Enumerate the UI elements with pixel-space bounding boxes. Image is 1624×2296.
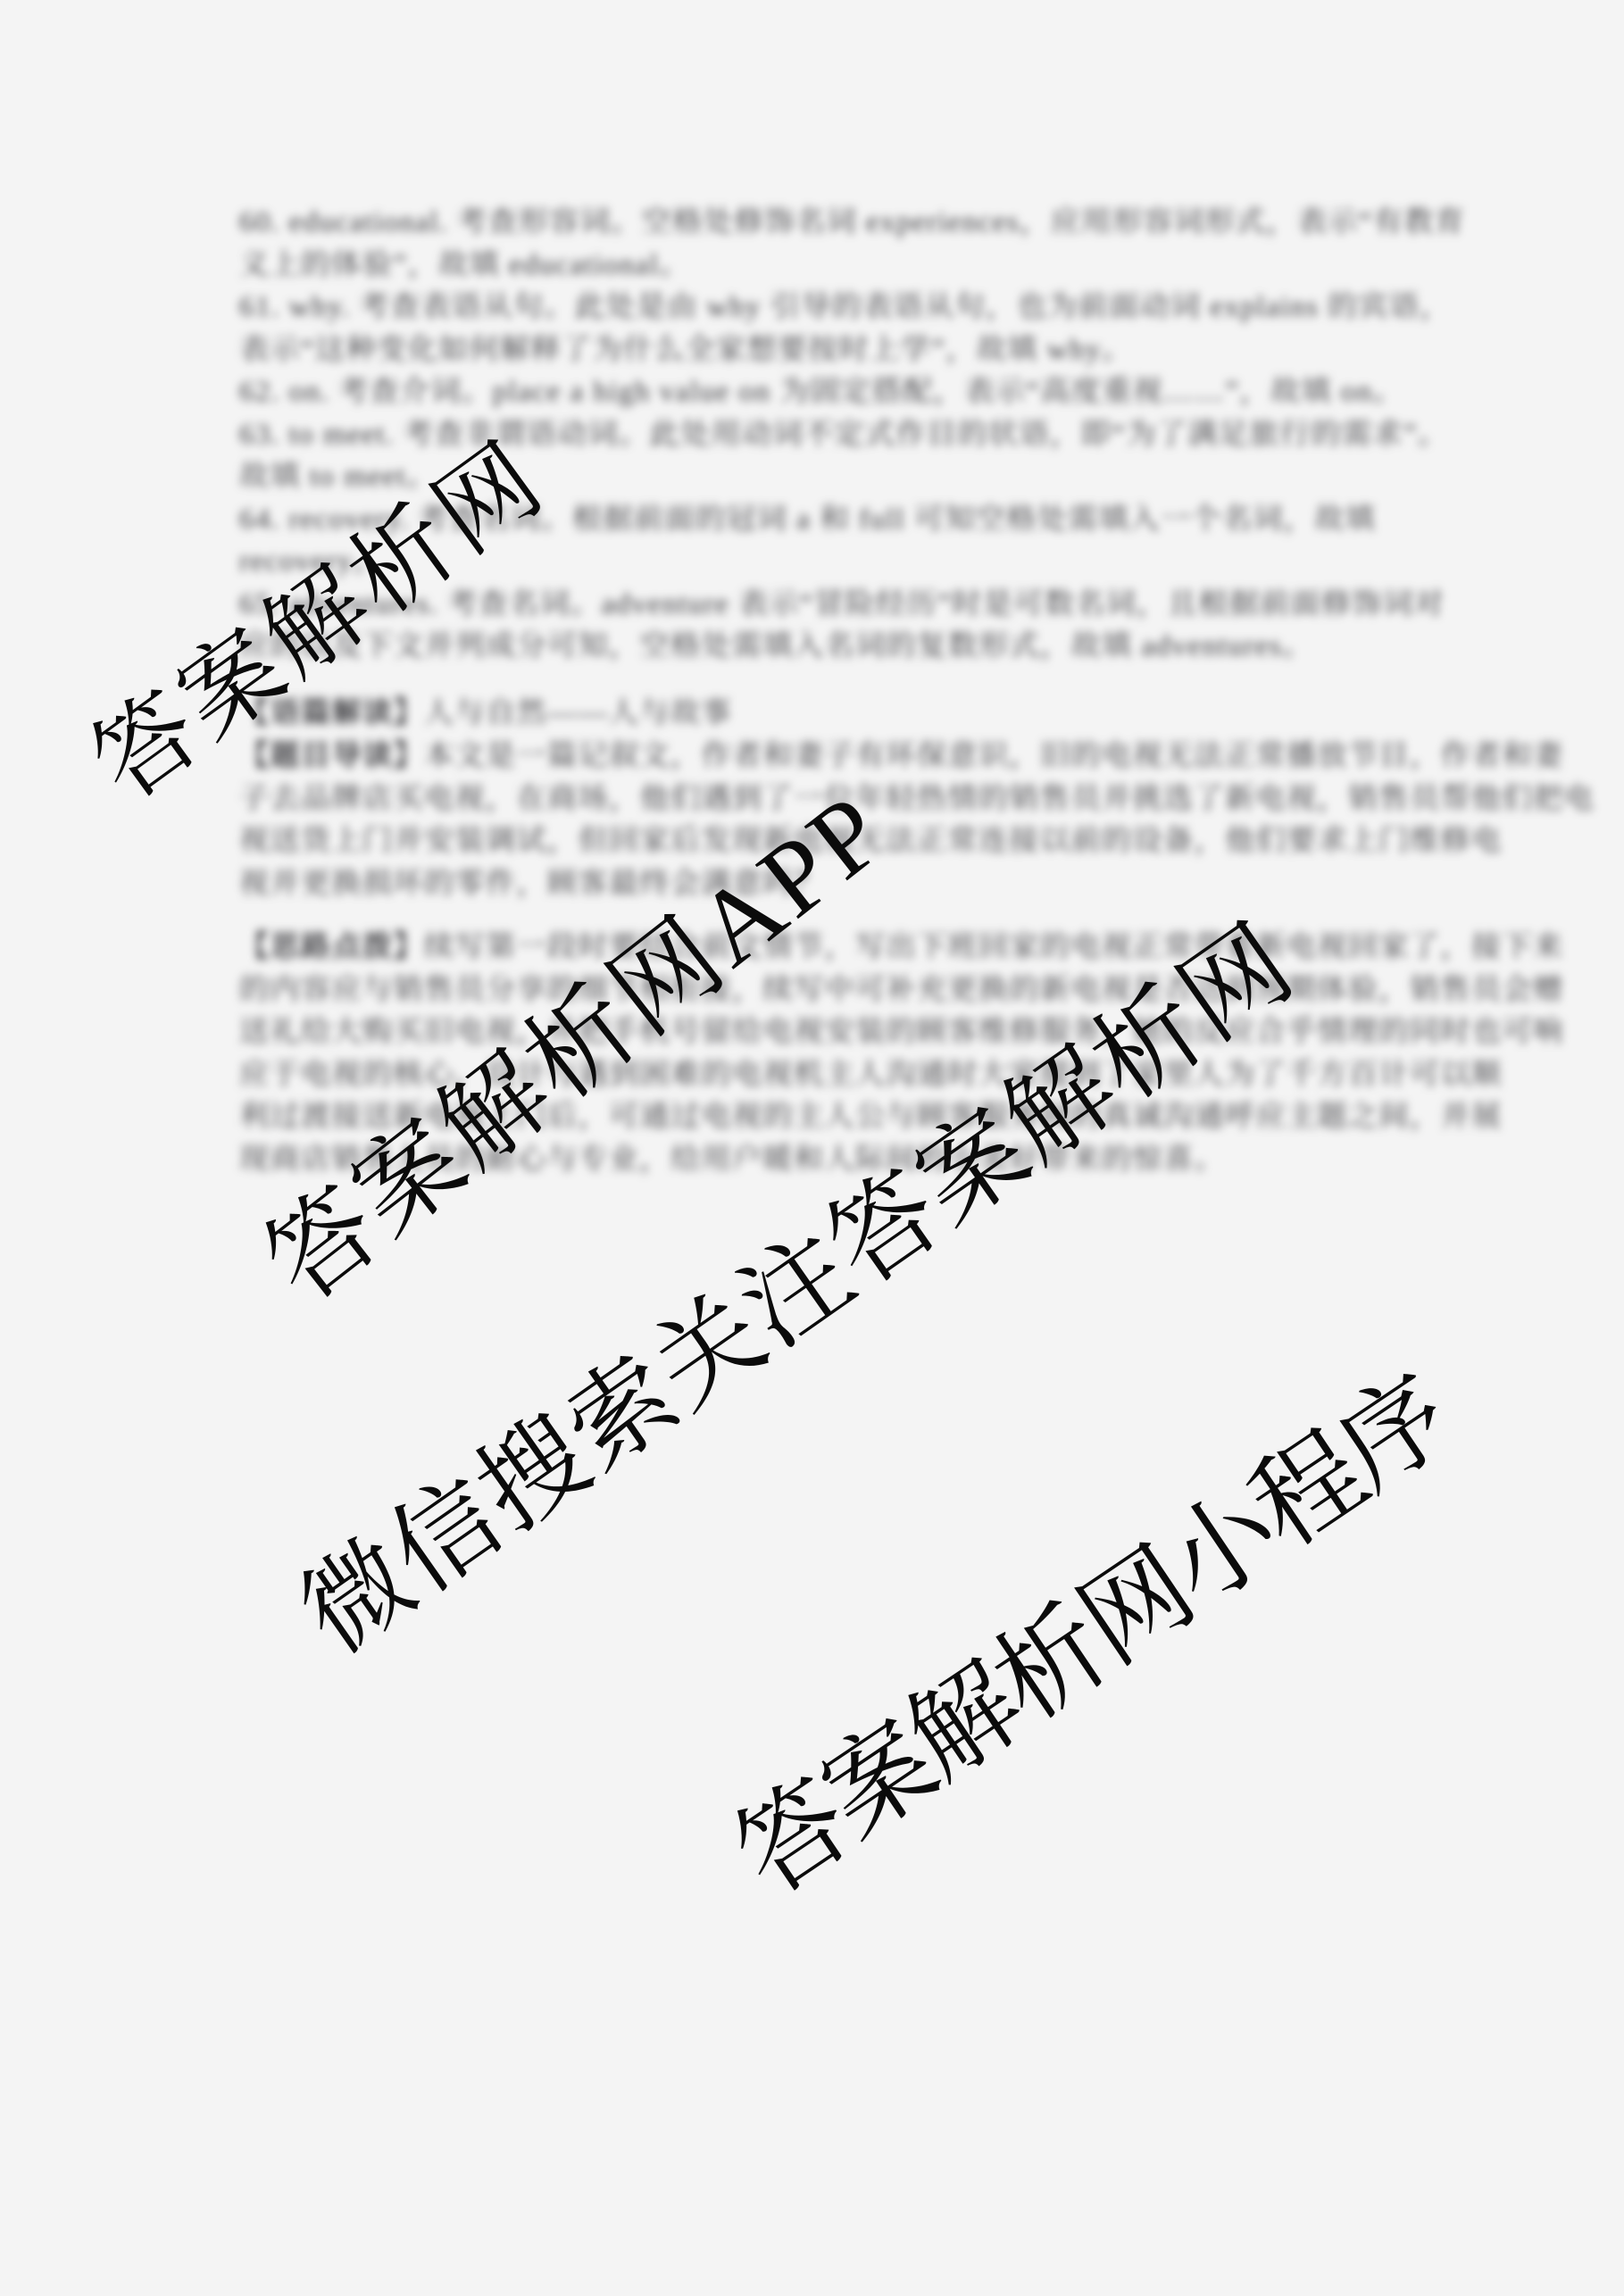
text-line: 视并更换损坏的零件，顾客最终会满意吗？ [239,863,1400,906]
text-line: 视送货上门并安装调试，但回家后发现新电视无法正常连接以前的设备，他们要求上门维修… [239,820,1400,863]
text-line: 60. educational. 考查形容词。空格处修饰名词 experienc… [239,202,1400,245]
text-line: 故填 to meet。 [239,456,1400,499]
section-tag: 【题目导读】 [239,740,424,772]
text-line: 【题目导读】本文是一篇记叙文，作者和妻子有环保意识，旧的电视无法正常播放节目，作… [239,736,1400,778]
text-line: 62. on. 考查介词。place a high value on 为固定搭配… [239,371,1400,414]
text-line: 应于电视的核心，设计与遇到困难的电视机主人沟通时大家提到了家里人为了千方百计可以… [239,1054,1400,1097]
text-line: 61. why. 考查表语从句。此处是由 why 引导的表语从句，也为前面动词 … [239,287,1400,329]
text-line: 义上的体验”，故填 educational。 [239,245,1400,287]
section-text: 续写第一段时要结合前文情节，写出下班回家的电视正常带着新电视回家了，接下来 [424,931,1564,963]
section-tag: 【语篇解读】 [239,697,424,729]
topic-overview-paragraph: 【题目导读】本文是一篇记叙文，作者和妻子有环保意识，旧的电视无法正常播放节目，作… [239,736,1400,905]
section-text: 本文是一篇记叙文，作者和妻子有环保意识，旧的电视无法正常播放节目，作者和妻 [424,740,1564,772]
text-line: 利过渡接送新电视上门后，可通过电视的主人公与顾客服务间的真诚沟通呼应主题之间，并… [239,1096,1400,1139]
text-line: 65. adventures. 考查名词。adventure 表示“冒险经历”时… [239,584,1400,627]
text-line: 63. to meet. 考查非谓语动词。此处用动词不定式作目的状语，即“为了满… [239,414,1400,457]
text-line: 64. recovery. 考查名词。根据前面的冠词 a 和 full 可知空格… [239,499,1400,542]
text-line: 现商店销售人员的耐心与专业，给用户暖和人际间的小美好带来的惊喜。 [239,1139,1400,1182]
text-line: 【语篇解读】人与自然——人与故事 [239,693,1400,736]
text-line: 的内容应与销售员分享的细节相衔接，续写中可补充更换的新电视是否达到预期体验，销售… [239,969,1400,1012]
text-line: 【思路点拨】续写第一段时要结合前文情节，写出下班回家的电视正常带着新电视回家了，… [239,927,1400,969]
text-line: recovery。 [239,541,1400,584]
section-tag: 【思路点拨】 [239,931,424,963]
writing-tips-paragraph: 【思路点拨】续写第一段时要结合前文情节，写出下班回家的电视正常带着新电视回家了，… [239,927,1400,1181]
watermark-mini-program: 答案解析网小程序 [720,1360,1466,1912]
scanned-document-page: 60. educational. 考查形容词。空格处修饰名词 experienc… [0,0,1624,2296]
section-text: 人与自然——人与故事 [424,697,732,729]
answer-explanations-block: 60. educational. 考查形容词。空格处修饰名词 experienc… [239,202,1400,669]
text-line: 子去品牌店买电视，在商场，他们遇到了一位年轻热情的销售员并挑选了新电视，销售员帮… [239,778,1400,821]
text-line: 表示“这种变化如何解释了为什么全家想要按时上学”，故填 why。 [239,329,1400,372]
text-line: 应的以及下文并列成分可知，空格处需填入名词的复数形式，故填 adventures… [239,626,1400,669]
text-line: 送礼给大购买旧电视，并把手机号留给电视安装的顾客维修服务，她的反应合乎情理的同时… [239,1011,1400,1054]
passage-summary-heading: 【语篇解读】人与自然——人与故事 [239,693,1400,736]
